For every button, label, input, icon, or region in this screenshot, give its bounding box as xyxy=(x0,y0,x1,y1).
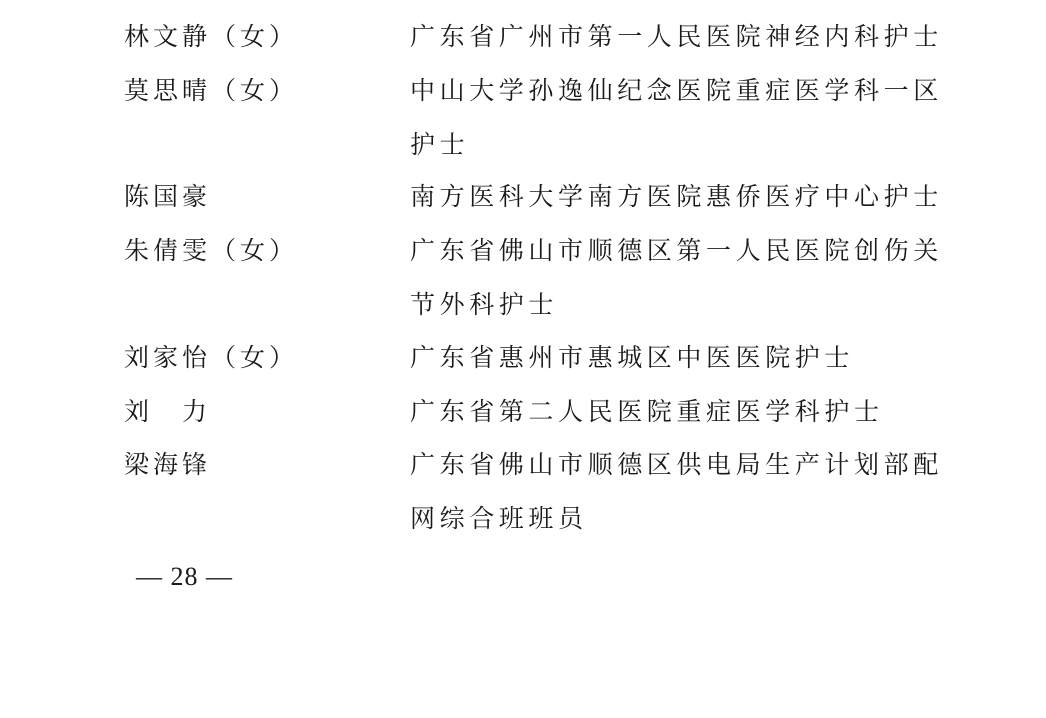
organization-line: 广东省第二人民医院重症医学科护士 xyxy=(410,385,930,439)
organization: 中山大学孙逸仙纪念医院重症医学科一区 护士 xyxy=(410,64,930,172)
organization-line: 广东省佛山市顺德区供电局生产计划部配 xyxy=(410,438,930,492)
page-number: — 28 — xyxy=(136,560,233,594)
person-name: 梁海锋 xyxy=(124,438,211,492)
person-name: 刘家怡（女） xyxy=(124,331,298,385)
organization: 广东省惠州市惠城区中医医院护士 xyxy=(410,331,930,385)
person-name: 莫思晴（女） xyxy=(124,64,298,118)
organization-line: 护士 xyxy=(410,118,930,172)
organization-line: 节外科护士 xyxy=(410,278,930,332)
organization: 广东省广州市第一人民医院神经内科护士 xyxy=(410,10,930,64)
organization-line: 广东省惠州市惠城区中医医院护士 xyxy=(410,331,930,385)
organization: 广东省佛山市顺德区第一人民医院创伤关 节外科护士 xyxy=(410,224,930,332)
organization-line: 广东省佛山市顺德区第一人民医院创伤关 xyxy=(410,224,930,278)
person-name: 朱倩雯（女） xyxy=(124,224,298,278)
organization-line: 南方医科大学南方医院惠侨医疗中心护士 xyxy=(410,170,930,224)
person-name: 陈国豪 xyxy=(124,170,211,224)
organization-line: 中山大学孙逸仙纪念医院重症医学科一区 xyxy=(410,64,930,118)
person-name: 林文静（女） xyxy=(124,10,298,64)
person-name: 刘 力 xyxy=(124,385,211,439)
organization-line: 网综合班班员 xyxy=(410,492,930,546)
document-page: 林文静（女） 广东省广州市第一人民医院神经内科护士 莫思晴（女） 中山大学孙逸仙… xyxy=(0,0,1046,718)
organization: 南方医科大学南方医院惠侨医疗中心护士 xyxy=(410,170,930,224)
organization-line: 广东省广州市第一人民医院神经内科护士 xyxy=(410,10,930,64)
organization: 广东省第二人民医院重症医学科护士 xyxy=(410,385,930,439)
organization: 广东省佛山市顺德区供电局生产计划部配 网综合班班员 xyxy=(410,438,930,546)
